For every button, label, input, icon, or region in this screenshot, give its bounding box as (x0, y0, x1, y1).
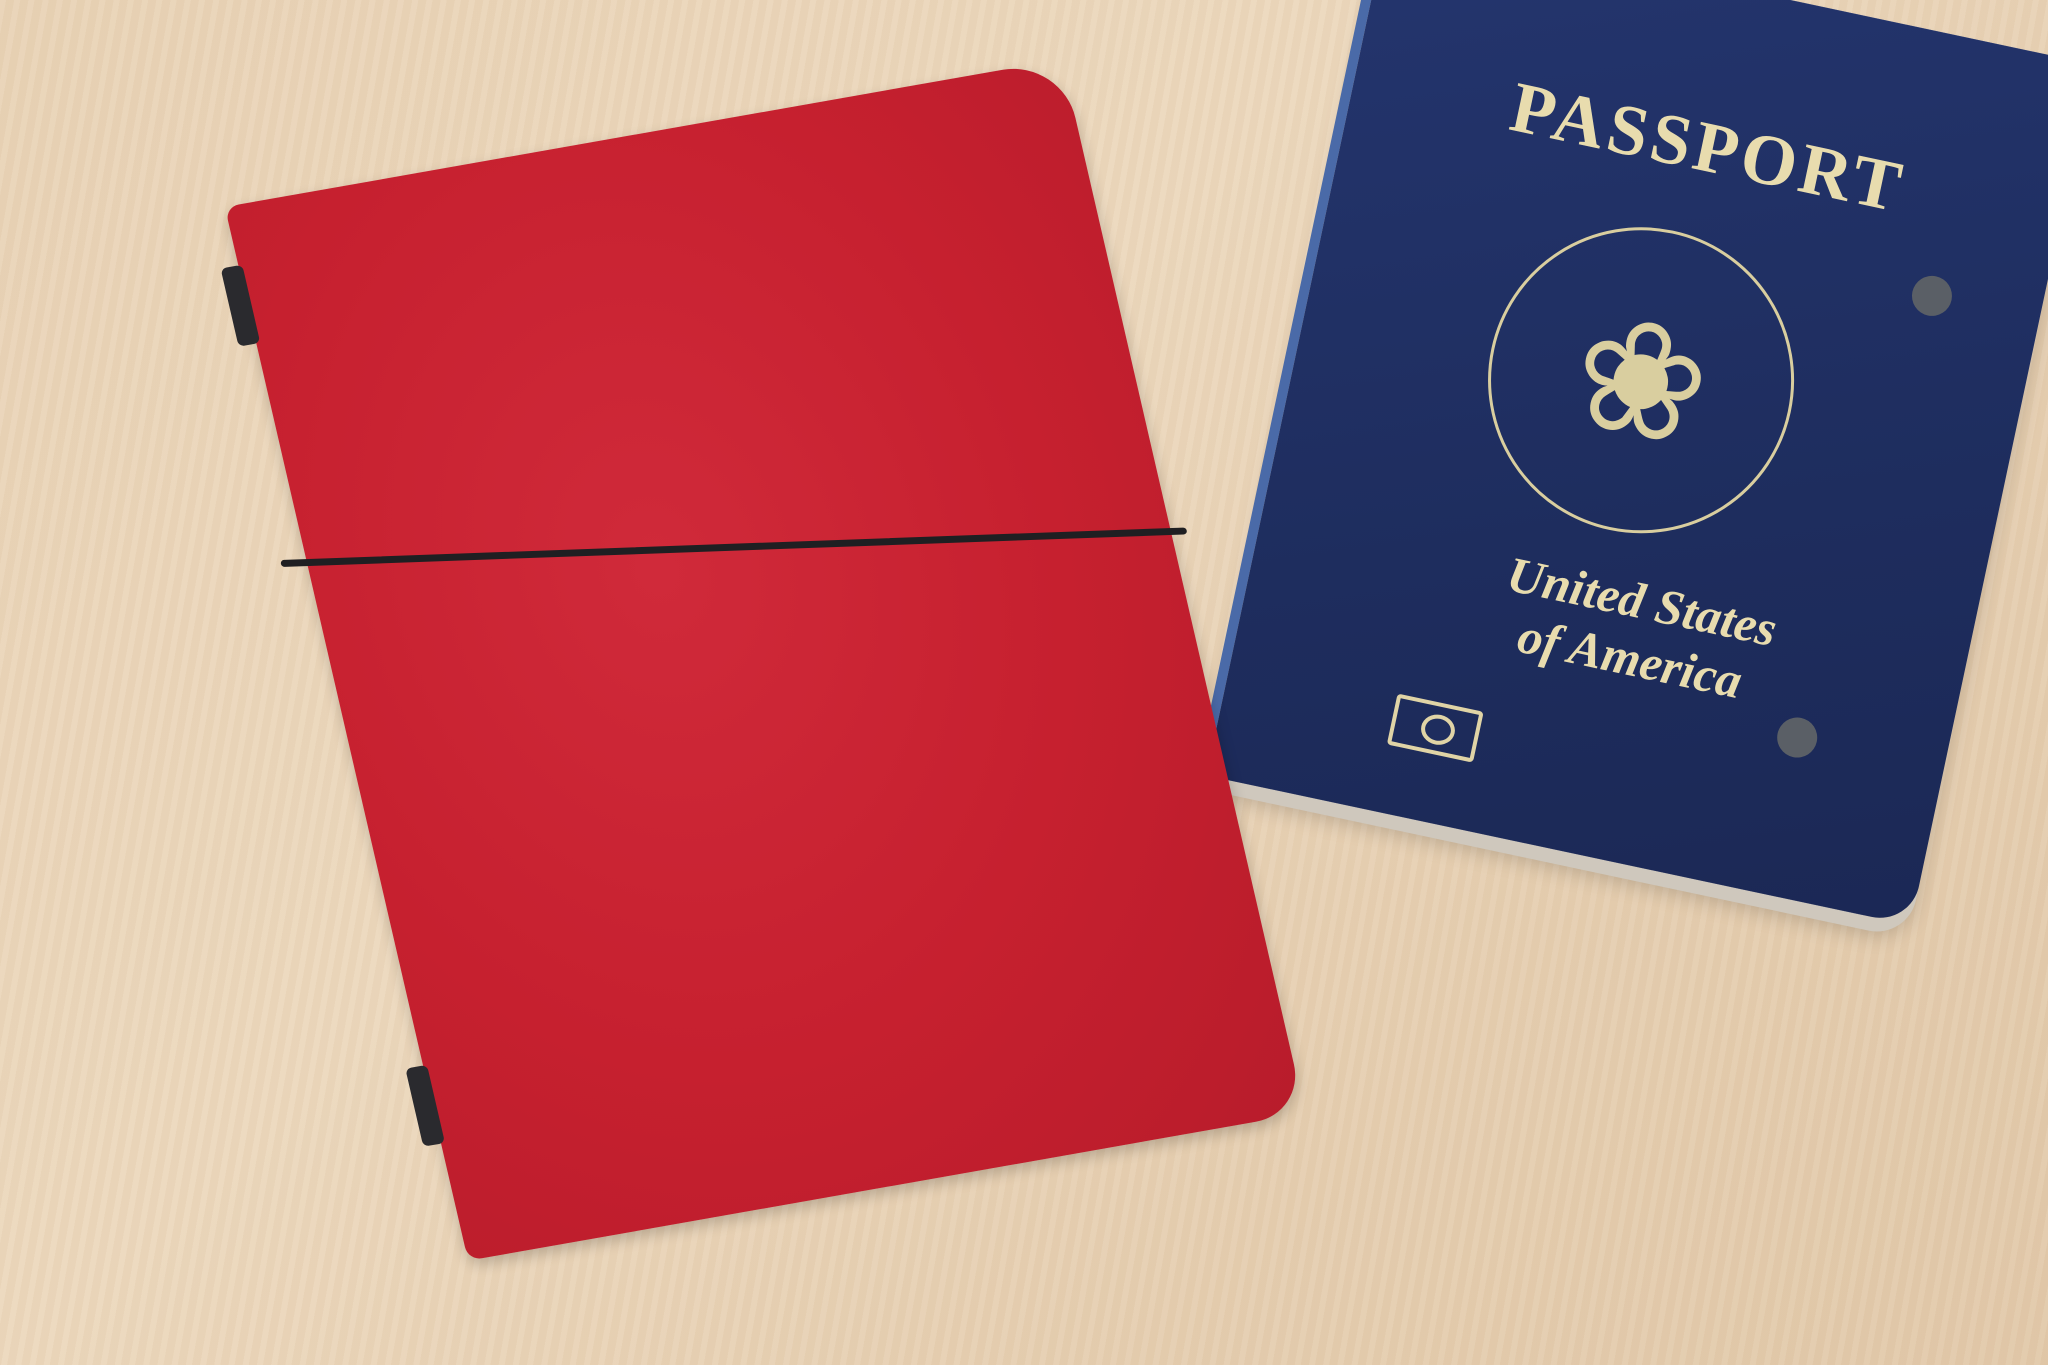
punch-hole (1908, 272, 1955, 319)
passport-title: PASSPORT (1347, 32, 2048, 263)
elastic-band (281, 527, 1188, 566)
eagle-seal-icon: ❀ (1460, 199, 1823, 562)
biometric-chip-icon (1387, 694, 1484, 763)
